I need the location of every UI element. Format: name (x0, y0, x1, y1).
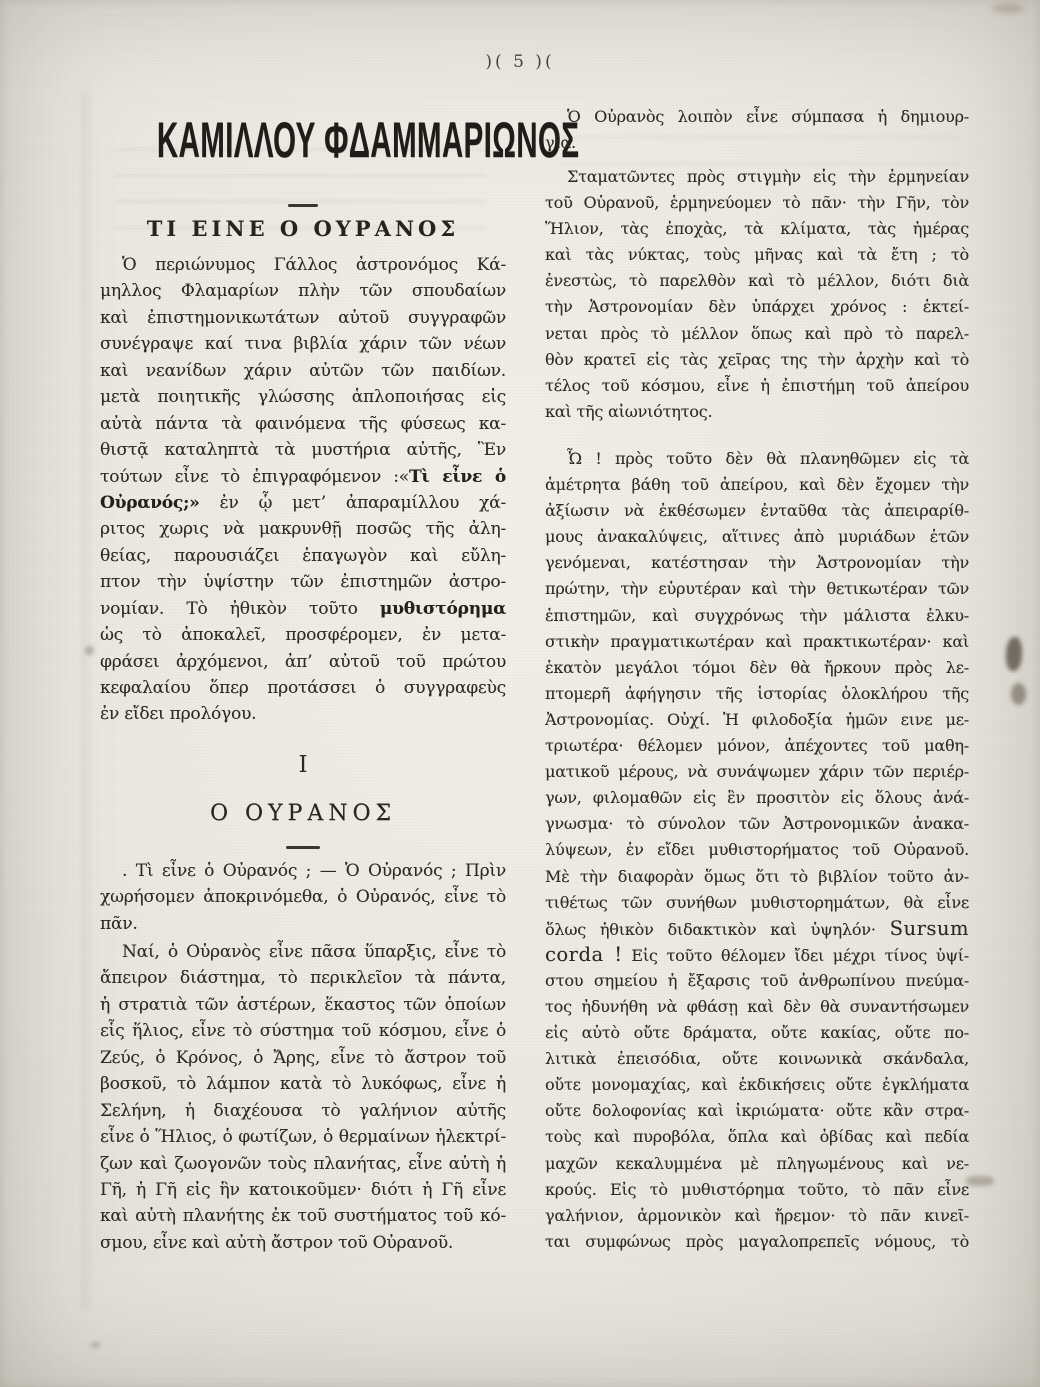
text-line: μετὰ ποιητικῆς γλώσσης ἁπλοποιήσας εἰς (100, 384, 506, 410)
text-line: λιτικὰ ἐπεισόδια, οὔτε κοινωνικὰ σκάνδαλ… (545, 1046, 969, 1072)
text-line: οὔτε μονομαχίας, καὶ ἐκδικήσεις οὔτε ἐγκ… (545, 1072, 969, 1098)
text-line: Ὁ Οὐρανὸς λοιπὸν εἶνε σύμπασα ἡ δημιουρ- (545, 104, 969, 130)
text-line: τοὺς καὶ πυροβόλα, ὅπλα καὶ ὀβίδας καὶ π… (545, 1124, 969, 1150)
text-line: Ἀστρονομίας. Οὐχί. Ἡ φιλοδοξία ἡμῶν εινε… (545, 707, 969, 733)
page-number: )( 5 )( (0, 52, 1040, 72)
text-line: τοῦ Οὐρανοῦ, ἑρμηνεύομεν τὸ πᾶν· τὴν Γῆν… (545, 190, 969, 216)
text-line: ματικοῦ μέρους, νὰ συνάψωμεν χάριν τῶν π… (545, 759, 969, 785)
text-line: Ὦ ! πρὸς τοῦτο δὲν θὰ πλανηθῶμεν εἰς τὰ (545, 446, 969, 472)
text-line: ἑκατὸν μεγάλοι τόμοι δὲν θὰ ἤρκουν πρὸς … (545, 655, 969, 681)
text-line: θιστᾷ καταληπτὰ τὰ μυστήρια αὐτῆς, Ἓν (100, 437, 506, 463)
text-line: ἐν εἴδει προλόγου. (100, 701, 506, 727)
text-line: θὸν κρατεῖ εἰς τὰς χεῖρας της τὴν ἀρχὴν … (545, 347, 969, 373)
scan-smudge (1006, 637, 1022, 671)
text-line: καὶ τὰς νύκτας, τοὺς μῆνας καὶ τὰ ἔτη ; … (545, 242, 969, 268)
intro-paragraph: Ὁ περιώνυμος Γάλλος ἀστρονόμος Κά-μηλλος… (100, 252, 506, 728)
text-line: ἐνεστὼς, τὸ παρελθὸν καὶ τὸ μέλλον, διότ… (545, 268, 969, 294)
text-line: Σελήνη, ἡ διαχέουσα τὸ γαλήνιον αὐτῆς φέ… (100, 1098, 506, 1124)
text-line: ὅλως ἠθικὸν διδακτικὸν καὶ ὑψηλόν· Sursu… (545, 916, 969, 942)
text-line: ἄπειρον διάστημα, τὸ περικλεῖον τὰ πάντα… (100, 965, 506, 991)
scanned-book-page: )( 5 )( ΚΑΜΙΛΛΟΥ ΦΔΑΜΜΑΡΙΩΝΟΣ ΤΙ ΕΙΝΕ Ο … (0, 0, 1040, 1387)
text-line: καὶ αὐτὴ πλανήτης ἐκ τοῦ συστήματος τοῦ … (100, 1203, 506, 1229)
text-line: Γῆ, ἡ Γῆ εἰς ἣν κατοικοῦμεν· διότι ἡ Γῆ … (100, 1177, 506, 1203)
chapter-heading: Ο ΟΥΡΑΝΟΣ (100, 801, 506, 826)
text-line: τέλος τοῦ κόσμου, εἶνε ἡ ἐπιστήμη τοῦ ἀπ… (545, 373, 969, 399)
text-line: κεφαλαίου ὅπερ προτάσσει ὁ συγγραφεὺς (100, 675, 506, 701)
scan-smudge (1011, 683, 1026, 705)
text-line: ται συμφώνως πρὸς μαγαλοπρεπεῖς νόμους, … (545, 1229, 969, 1255)
text-line: Ἥλιον, τὰς ἐποχὰς, τὰ κλίματα, τὰς ἡμέρα… (545, 216, 969, 242)
text-line: χωρήσομεν ἀποκρινόμεθα, ὁ Οὐρανός, εἶνε … (100, 884, 506, 910)
text-line: τος ἠδυνήθη νὰ φθάσῃ καὶ δὲν θὰ συναντήσ… (545, 994, 969, 1020)
text-line: λύψεων, ἐν εἴδει μυθιστορήματος τοῦ Οὐρα… (545, 837, 969, 863)
text-line: στου σημείου ἡ ἔξαρσις τοῦ ἀνθρωπίνου πν… (545, 968, 969, 994)
text-line: οὔτε δολοφονίας καὶ ἰκριώματα· οὔτε κἂν … (545, 1098, 969, 1124)
body-paragraph: Ὦ ! πρὸς τοῦτο δὲν θὰ πλανηθῶμεν εἰς τὰἀ… (545, 446, 969, 1255)
text-line: καὶ ἐπιστημονικωτάτων αὐτοῦ συγγραφῶν (100, 305, 506, 331)
scan-smudge (90, 1342, 101, 1348)
text-line: Σταματῶντες πρὸς στιγμὴν εἰς τὴν ἑρμηνεί… (545, 164, 969, 190)
chapter-numeral: I (100, 752, 506, 778)
text-line: ἐπιστημῶν, καὶ συγχρόνως τὴν μάλιστα ἑλκ… (545, 603, 969, 629)
text-line: τριωτέρα· θέλομεν μόνον, ἀπέχοντες τοῦ μ… (545, 733, 969, 759)
text-line: μηλλος Φλαμαρίων πλὴν τῶν σπουδαίων (100, 278, 506, 304)
text-line: εἶνε ὁ Ἥλιος, ὁ φωτίζων, ὁ θερμαίνων ἠλε… (100, 1124, 506, 1150)
scan-smudge (85, 646, 94, 655)
page-fold-shadow (82, 90, 92, 1310)
text-line: τὴν Ἀστρονομίαν δὲν ὑπάρχει χρόνος : ἐκτ… (545, 294, 969, 320)
text-line: ὡς τὸ ἀποκαλεῖ, προσφέρομεν, ἐν μετα- (100, 622, 506, 648)
text-line: αὐτὰ πάντα τὰ φαινόμενα τῆς φύσεως κα- (100, 411, 506, 437)
text-line: ζων καὶ ζωογονῶν τοὺς πλανήτας, εἶνε αὐτ… (100, 1151, 506, 1177)
text-line: σμου, εἶνε καὶ αὐτὴ ἄστρον τοῦ Οὐρανοῦ. (100, 1230, 506, 1256)
scan-smudge (992, 4, 1024, 13)
text-line: corda ! Εἰς τοῦτο θέλομεν ἴδει μέχρι τίν… (545, 942, 969, 968)
scan-smudge (966, 1176, 994, 1186)
body-paragraph: Ὁ Οὐρανὸς λοιπὸν εἶνε σύμπασα ἡ δημιουρ-… (545, 104, 969, 156)
divider-rule (288, 204, 318, 207)
text-line: βοσκοῦ, τὸ λάμπον κατὰ τὸ λυκόφως, εἶνε … (100, 1071, 506, 1097)
text-line: νεται πρὸς τὸ μέλλον ὅπως καὶ πρὸ τὸ παρ… (545, 321, 969, 347)
body-paragraph: Ναί, ὁ Οὐρανὸς εἶνε πᾶσα ὕπαρξις, εἶνε τ… (100, 939, 506, 1256)
text-line: μους ἀνακαλύψεις, αἵτινες ἀπὸ μυριάδων ἐ… (545, 524, 969, 550)
text-line: φράσει ἀρχόμενοι, ἀπ’ αὐτοῦ τοῦ πρώτου (100, 649, 506, 675)
text-line: Μὲ τὴν διαφορὰν ὅμως ὅτι τὸ βιβλίον τοῦτ… (545, 864, 969, 890)
text-line: κρούς. Εἰς τὸ μυθιστόρημα τοῦτο, τὸ πᾶν … (545, 1177, 969, 1203)
text-line: εἷς ἥλιος, εἶνε τὸ σύστημα τοῦ κόσμου, ε… (100, 1018, 506, 1044)
text-line: πτον τὴν ὑψίστην τῶν ἐπιστημῶν ἀστρο- (100, 569, 506, 595)
text-line: νομίαν. Τὸ ἠθικὸν τοῦτο μυθιστόρημα (100, 596, 506, 622)
article-title: ΤΙ ΕΙΝΕ Ο ΟΥΡΑΝΟΣ (100, 216, 506, 241)
text-line: θείας, παρουσιάζει ἐπαγωγὸν καὶ εὔλη- (100, 543, 506, 569)
text-line: ἡ στρατιὰ τῶν ἀστέρων, ἕκαστος τῶν ὁποίω… (100, 992, 506, 1018)
text-line: τιθέτως τῶν συνήθων μυθιστορημάτων, θὰ ε… (545, 890, 969, 916)
text-line: καὶ νεανίδων χάριν αὐτῶν τῶν παιδίων. (100, 358, 506, 384)
text-line: . Τὶ εἶνε ὁ Οὐρανός ; — Ὁ Οὐρανός ; Πρὶν… (100, 858, 506, 884)
text-line: γία. (545, 130, 969, 156)
text-line: ριτος χωρις νὰ μακρυνθῇ ποσῶς τῆς ἀλη- (100, 516, 506, 542)
text-line: ἀξίωσιν νὰ ἐκθέσωμεν ἐνταῦθα τὰς ἀπειραρ… (545, 498, 969, 524)
text-line: πτομερῆ ἀφήγησιν τῆς ἱστορίας ὁλοκλήρου … (545, 681, 969, 707)
text-line: συνέγραψε καί τινα βιβλία χάριν τῶν νέων (100, 331, 506, 357)
text-line: γαλήνιον, ἁρμονικὸν καὶ ἤρεμον· τὸ πᾶν κ… (545, 1203, 969, 1229)
body-paragraph: . Τὶ εἶνε ὁ Οὐρανός ; — Ὁ Οὐρανός ; Πρὶν… (100, 858, 506, 937)
text-line: ἀμέτρητα βάθη τοῦ ἀπείρου, καὶ δὲν ἔχομε… (545, 472, 969, 498)
text-line: εἰς αὐτὸ οὔτε δράματα, οὔτε κακίας, οὔτε… (545, 1020, 969, 1046)
text-line: Ναί, ὁ Οὐρανὸς εἶνε πᾶσα ὕπαρξις, εἶνε τ… (100, 939, 506, 965)
text-line: πᾶν. (100, 911, 506, 937)
author-masthead-title: ΚΑΜΙΛΛΟΥ ΦΔΑΜΜΑΡΙΩΝΟΣ (157, 112, 449, 169)
text-line: πρώτην, τὴν εὐρυτέραν καὶ τὴν θετικωτέρα… (545, 576, 969, 602)
divider-rule (286, 846, 320, 849)
text-line: γων, φιλομαθῶν εἰς ἓν προσιτὸν εἰς ὅλους… (545, 785, 969, 811)
text-line: Ὁ περιώνυμος Γάλλος ἀστρονόμος Κά- (100, 252, 506, 278)
text-line: Οὐρανός;» ἐν ᾧ μετ’ ἀπαραμίλλου χά- (100, 490, 506, 516)
text-line: στικὴν πραγματικωτέραν καὶ πρακτικωτέραν… (545, 629, 969, 655)
text-line: γενόμεναι, κατέστησαν τὴν Ἀστρονομίαν τὴ… (545, 550, 969, 576)
text-line: γνωσμα· τὸ σύνολον τῶν Ἀστρονομικῶν ἀνακ… (545, 811, 969, 837)
text-line: μαχῶν κεκαλυμμένα μὲ πληγωμένους καὶ νε- (545, 1151, 969, 1177)
body-paragraph: Σταματῶντες πρὸς στιγμὴν εἰς τὴν ἑρμηνεί… (545, 164, 969, 425)
text-line: Ζεύς, ὁ Κρόνος, ὁ Ἄρης, εἶνε τὸ ἄστρον τ… (100, 1045, 506, 1071)
text-line: τούτων εἶνε τὸ ἐπιγραφόμενον :«Τὶ εἶνε ὁ (100, 464, 506, 490)
text-line: καὶ τῆς αἰωνιότητος. (545, 399, 969, 425)
